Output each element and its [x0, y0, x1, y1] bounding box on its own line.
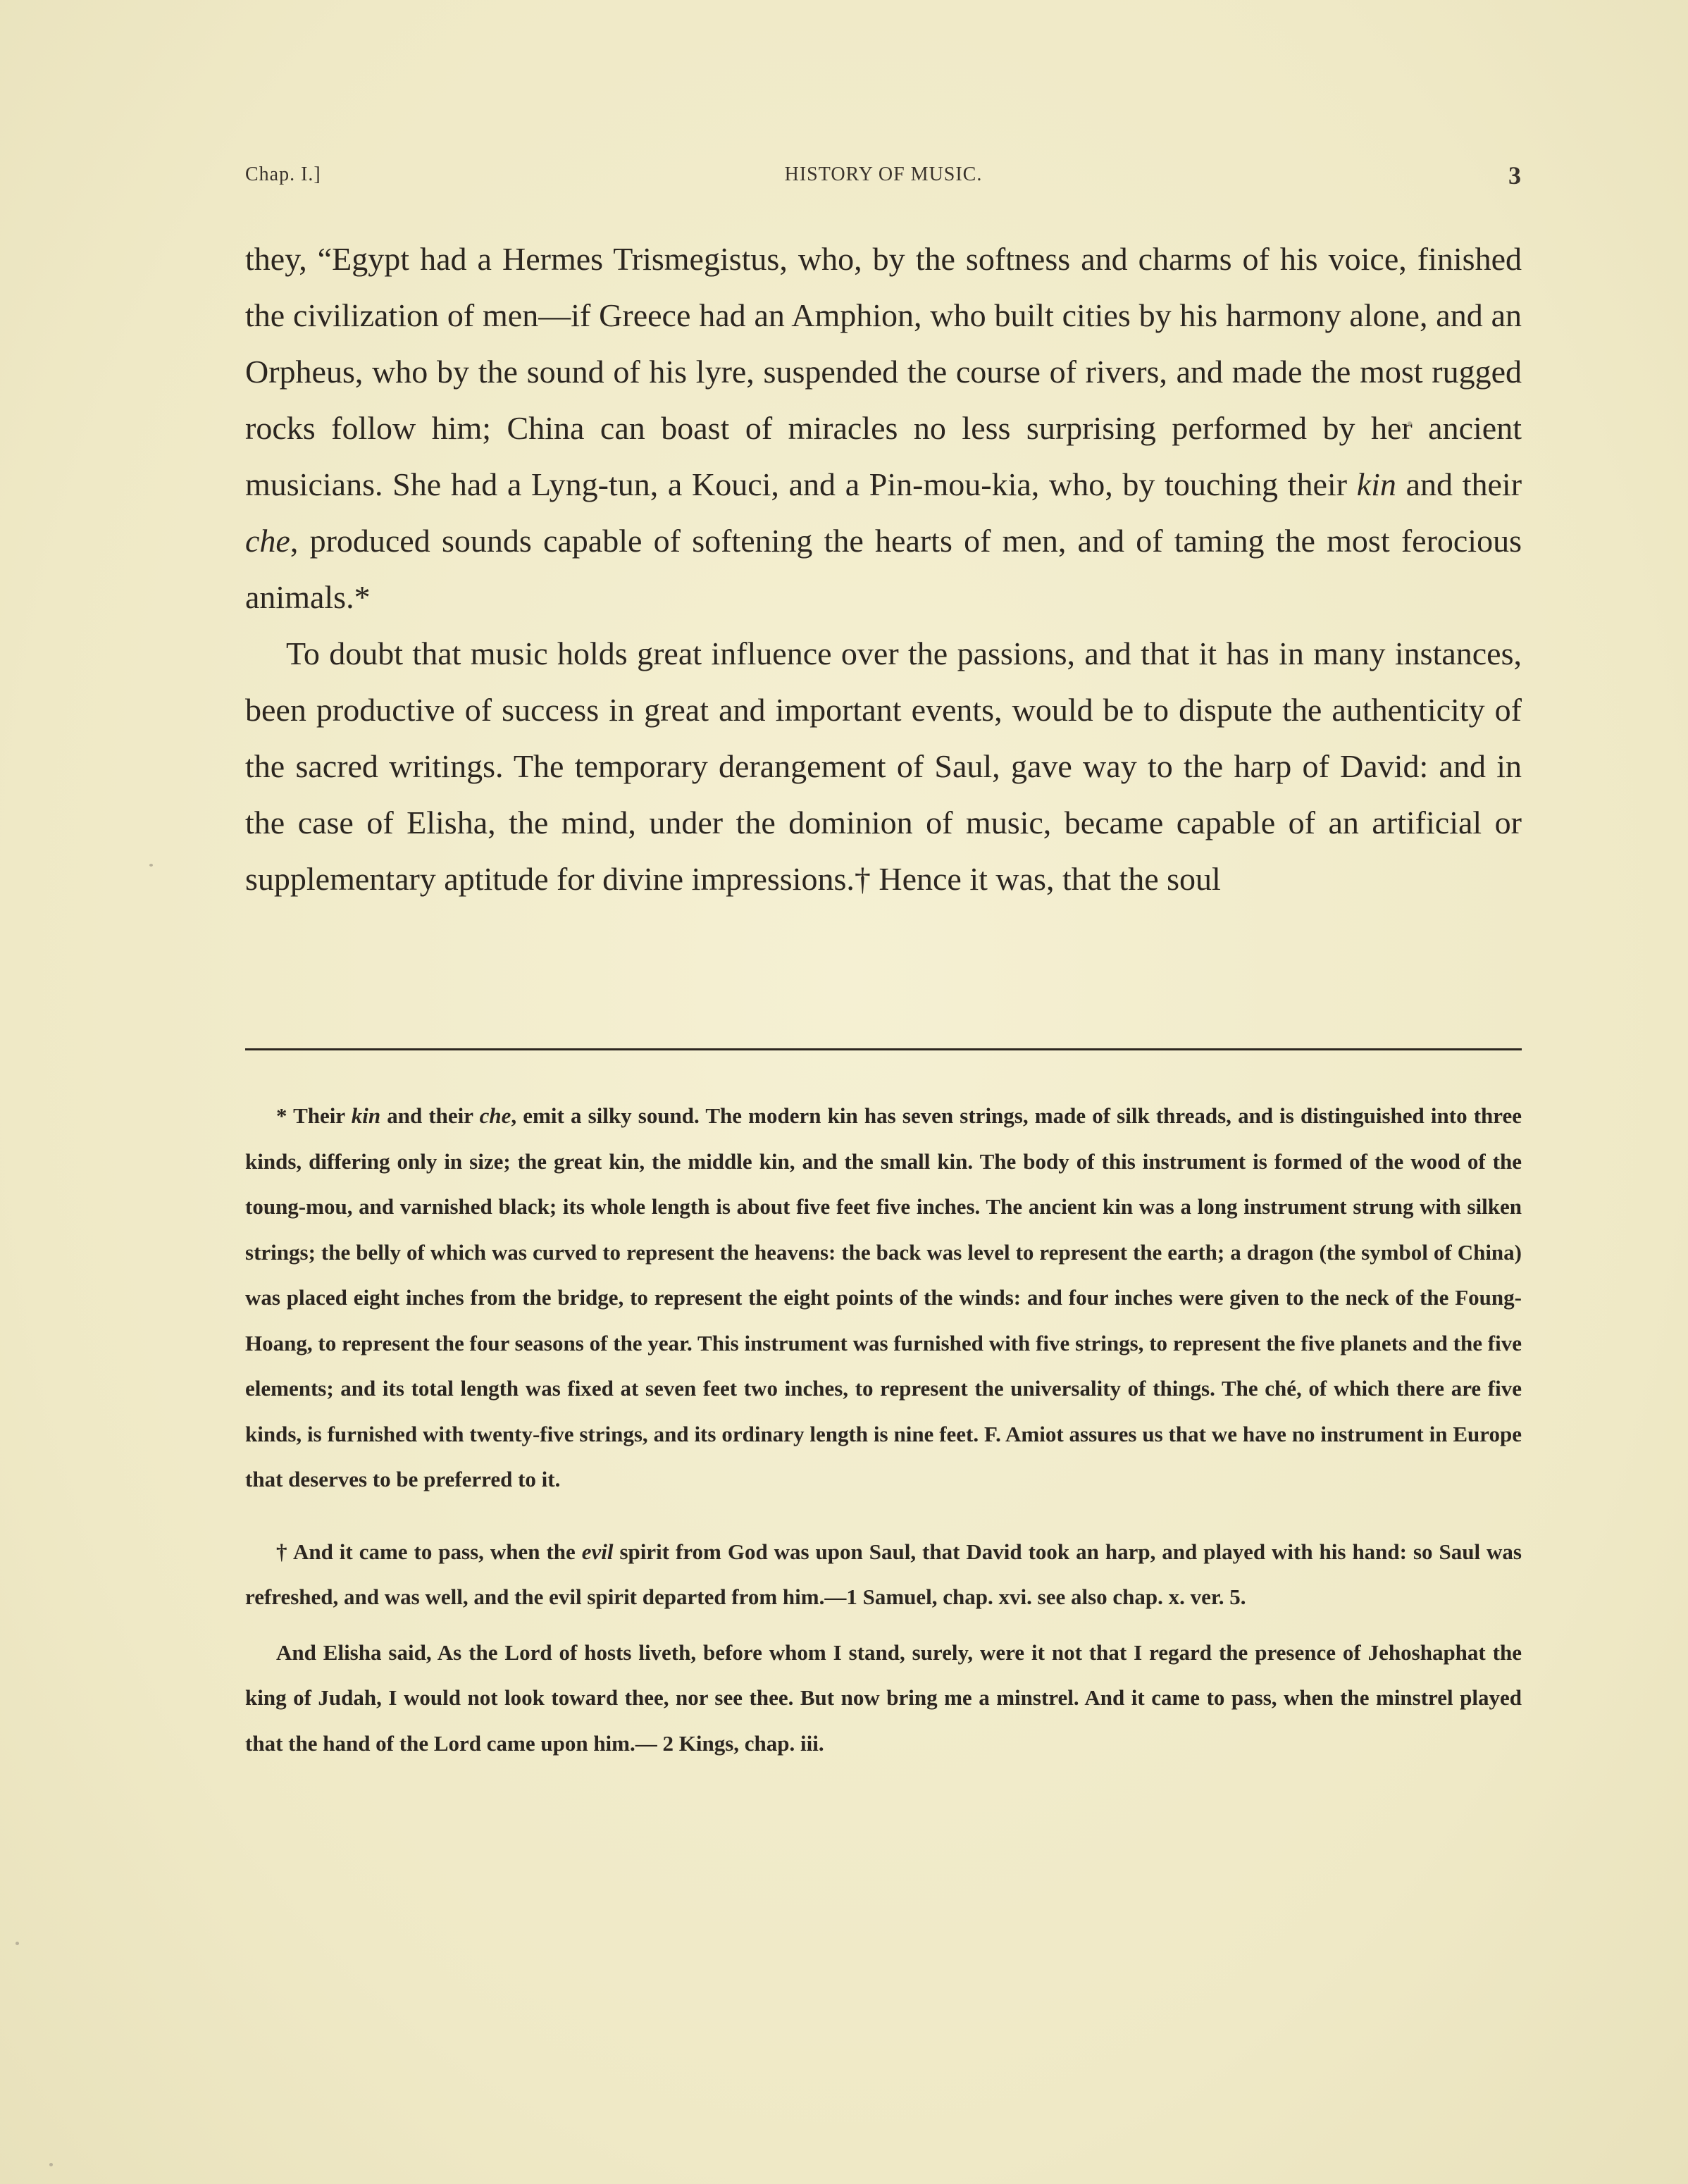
footnote-divider: [245, 1048, 1522, 1050]
footnotes: * Their kin and their che, emit a silky …: [245, 1093, 1522, 1766]
italic-kin: kin: [1357, 466, 1396, 502]
paragraph-1: they, “Egypt had a Hermes Trismegistus, …: [245, 231, 1522, 626]
paper-speck: [149, 864, 153, 867]
paragraph-2: To doubt that music holds great influenc…: [245, 626, 1522, 907]
book-title: HISTORY OF MUSIC.: [245, 163, 1522, 186]
footnote-dagger: † And it came to pass, when the evil spi…: [245, 1530, 1522, 1620]
paper-speck: [49, 2163, 53, 2166]
paper-speck: [15, 1942, 19, 1945]
main-text: they, “Egypt had a Hermes Trismegistus, …: [245, 231, 1522, 907]
italic-che: che: [245, 523, 290, 559]
paper-speck: [1408, 421, 1412, 426]
footnote-elisha: And Elisha said, As the Lord of hosts li…: [245, 1630, 1522, 1767]
page-number: 3: [1508, 161, 1522, 190]
running-head: Chap. I.] HISTORY OF MUSIC. 3: [245, 161, 1522, 189]
footnote-star: * Their kin and their che, emit a silky …: [245, 1093, 1522, 1503]
